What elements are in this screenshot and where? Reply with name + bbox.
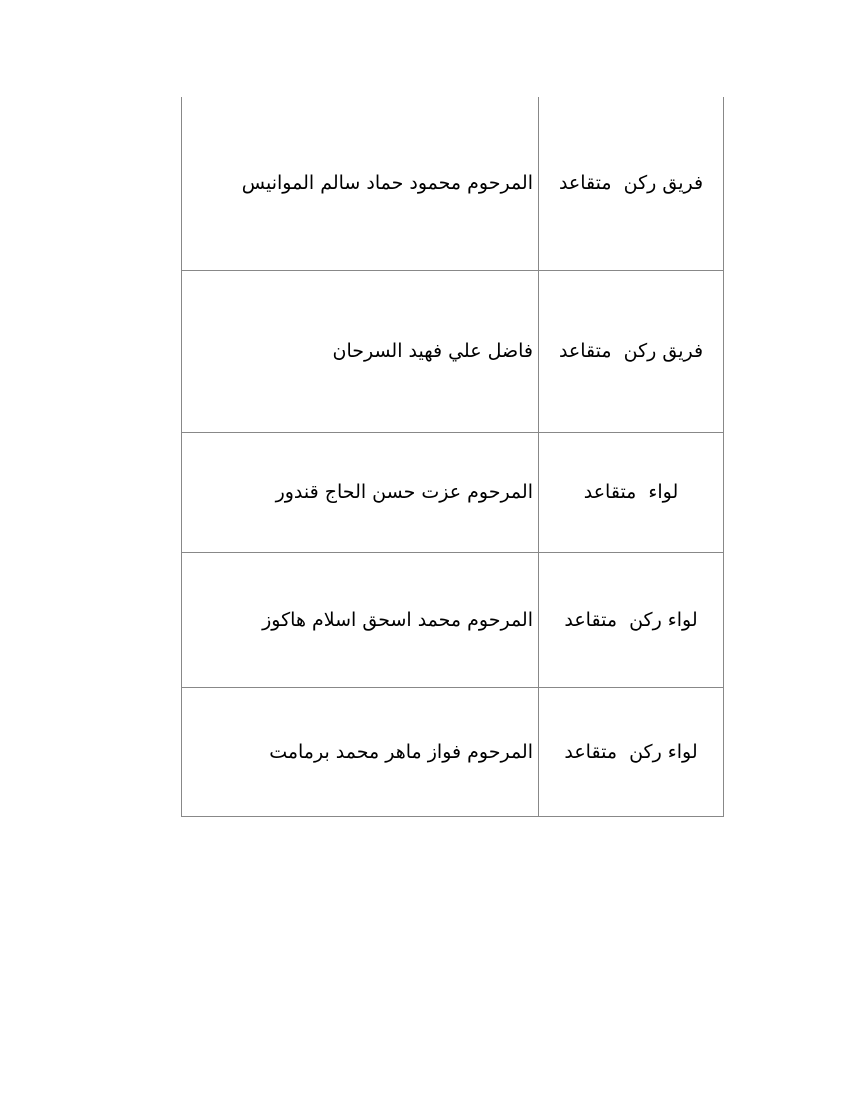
name-cell: المرحوم محمد اسحق اسلام هاكوز [182, 553, 539, 687]
rank-cell: لواء ركن متقاعد [539, 553, 723, 687]
document-page: فريق ركن متقاعد المرحوم محمود حماد سالم … [0, 0, 850, 1100]
name-cell: المرحوم عزت حسن الحاج قندور [182, 433, 539, 552]
table-row: فريق ركن متقاعد فاضل علي فهيد السرحان [182, 270, 723, 432]
table-row: فريق ركن متقاعد المرحوم محمود حماد سالم … [182, 97, 723, 270]
rank-cell: فريق ركن متقاعد [539, 97, 723, 270]
name-cell: المرحوم محمود حماد سالم الموانيس [182, 97, 539, 270]
name-cell: المرحوم فواز ماهر محمد برمامت [182, 688, 539, 816]
name-cell: فاضل علي فهيد السرحان [182, 271, 539, 432]
officers-table: فريق ركن متقاعد المرحوم محمود حماد سالم … [181, 97, 724, 817]
table-row: لواء ركن متقاعد المرحوم محمد اسحق اسلام … [182, 552, 723, 687]
rank-cell: لواء ركن متقاعد [539, 688, 723, 816]
table-row: لواء ركن متقاعد المرحوم فواز ماهر محمد ب… [182, 687, 723, 816]
table-row: لواء متقاعد المرحوم عزت حسن الحاج قندور [182, 432, 723, 552]
rank-cell: لواء متقاعد [539, 433, 723, 552]
rank-cell: فريق ركن متقاعد [539, 271, 723, 432]
